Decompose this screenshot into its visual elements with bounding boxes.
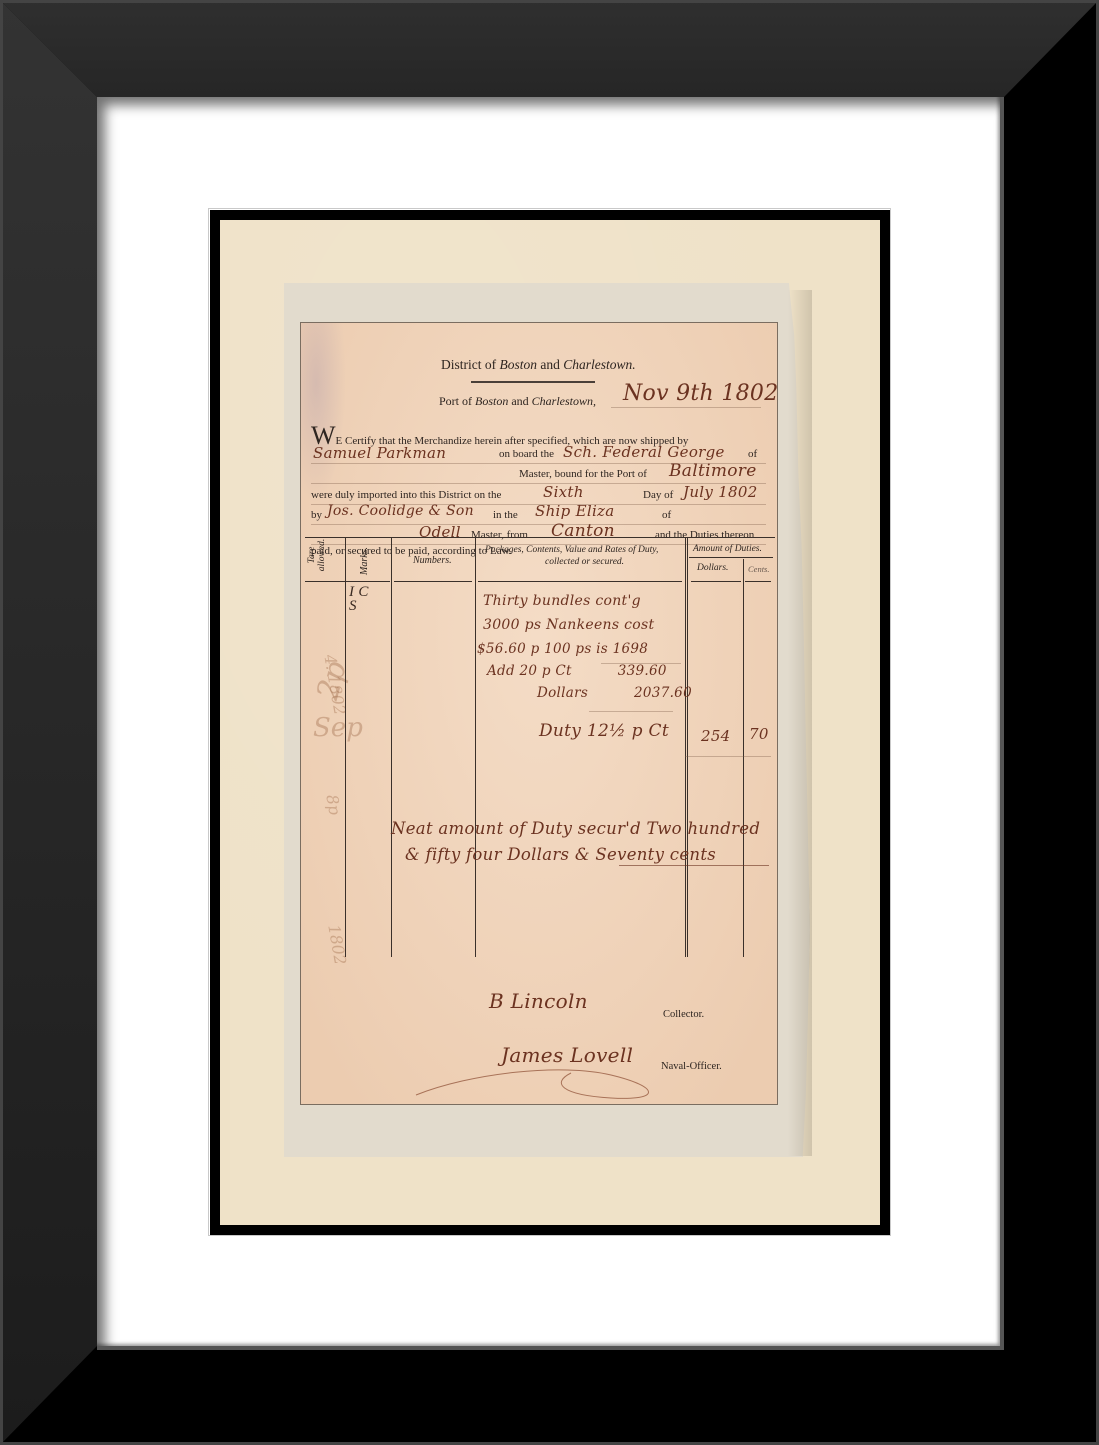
col-sep-marks-numbers (391, 537, 392, 957)
duty-rate: Duty 12½ p Ct (539, 721, 669, 741)
neat-amount-line-1: Neat amount of Duty secur'd Two hundred (391, 819, 760, 838)
import-month-year: July 1802 (683, 483, 758, 501)
vessel-name: Sch. Federal George (563, 443, 725, 461)
master-from-label: Master, from (471, 529, 528, 541)
header-bottom-numbers (394, 581, 472, 582)
marks-value: I C S (349, 585, 379, 613)
entry-line: $56.60 p 100 ps is 1698 (477, 641, 648, 657)
sum-rule (589, 711, 673, 712)
import-ship: Ship Eliza (535, 502, 615, 520)
margin-note: 8p (322, 793, 344, 816)
customs-certificate: 2p Sep 4. 1802 8p 1802 District of Bosto… (300, 322, 778, 1105)
port-line: Port of Boston and Charlestown, (439, 394, 596, 409)
col-sep-packages-amount (685, 537, 686, 957)
header-bottom-packages (478, 581, 682, 582)
header-tare: Tare allowed. (307, 535, 327, 575)
entry-line: 3000 ps Nankeens cost (483, 617, 654, 633)
entry-line: Add 20 p Ct 339.60 (487, 663, 667, 679)
sum-rule (601, 663, 681, 664)
heading-place2: Charlestown. (563, 357, 635, 372)
header-cents: Cents. (748, 564, 770, 574)
header-bottom-marks (346, 581, 390, 582)
frame-top-rail (0, 0, 1099, 97)
in-the-label: in the (493, 509, 518, 521)
col-sep-dollars-cents (743, 559, 744, 957)
by-label: by (311, 509, 322, 521)
col-sep-packages-amount-2 (687, 537, 688, 957)
issue-date: Nov 9th 1802 (623, 381, 779, 406)
neat-amount-underline (619, 865, 769, 866)
col-sep-numbers-packages (475, 537, 476, 957)
total-rule (685, 756, 771, 757)
header-marks: Marks. (359, 547, 370, 575)
frame-left-rail (0, 0, 97, 1445)
shipper-name: Samuel Parkman (313, 444, 446, 462)
importer-name: Jos. Coolidge & Son (327, 503, 474, 519)
neat-amount-line-2: & fifty four Dollars & Seventy cents (405, 845, 716, 864)
entry-line: Thirty bundles cont'g (483, 593, 641, 609)
header-bottom-tare (305, 581, 345, 582)
heading-prefix: District of (441, 357, 496, 372)
margin-note: Sep (313, 713, 363, 743)
imported-label: were duly imported into this District on… (311, 489, 501, 501)
duty-dollars: 254 (701, 727, 731, 745)
heading-divider (471, 381, 595, 383)
signature-flourish (411, 1053, 671, 1103)
header-bottom-cents (745, 581, 771, 582)
paid-line: paid, or secured to be paid, according t… (311, 545, 512, 557)
fill-line (311, 524, 766, 525)
header-amount: Amount of Duties. (693, 544, 762, 554)
collector-title: Collector. (663, 1009, 704, 1020)
header-dollars: Dollars. (697, 563, 728, 573)
heading-place1: Boston (500, 357, 538, 372)
date-underline (611, 407, 761, 408)
header-packages-sub: collected or secured. (545, 557, 624, 567)
margin-note: 1802 (324, 923, 350, 966)
day-of-label: Day of (643, 489, 673, 501)
origin-port: Canton (551, 521, 615, 541)
heading-conj: and (540, 357, 560, 372)
district-heading: District of Boston and Charlestown. (441, 357, 636, 373)
on-board-label: on board the (499, 448, 554, 460)
table-top-border (305, 537, 775, 538)
destination-port: Baltimore (669, 461, 757, 481)
col-sep-tare-marks (345, 537, 346, 957)
import-day: Sixth (543, 483, 584, 501)
header-bottom-dollars (691, 581, 741, 582)
collector-signature: B Lincoln (489, 989, 588, 1013)
entry-line: Dollars 2037.60 (537, 685, 692, 701)
header-numbers: Numbers. (413, 555, 452, 566)
of-label-2: of (662, 509, 671, 521)
of-label: of (748, 448, 757, 460)
header-packages: Packages, Contents, Value and Rates of D… (485, 545, 658, 555)
master-bound-label: Master, bound for the Port of (519, 468, 647, 480)
duties-thereon-label: and the Duties thereon (655, 529, 754, 541)
duty-cents: 70 (749, 725, 769, 743)
amount-subheader-rule (689, 557, 773, 558)
import-master: Odell (419, 523, 461, 541)
